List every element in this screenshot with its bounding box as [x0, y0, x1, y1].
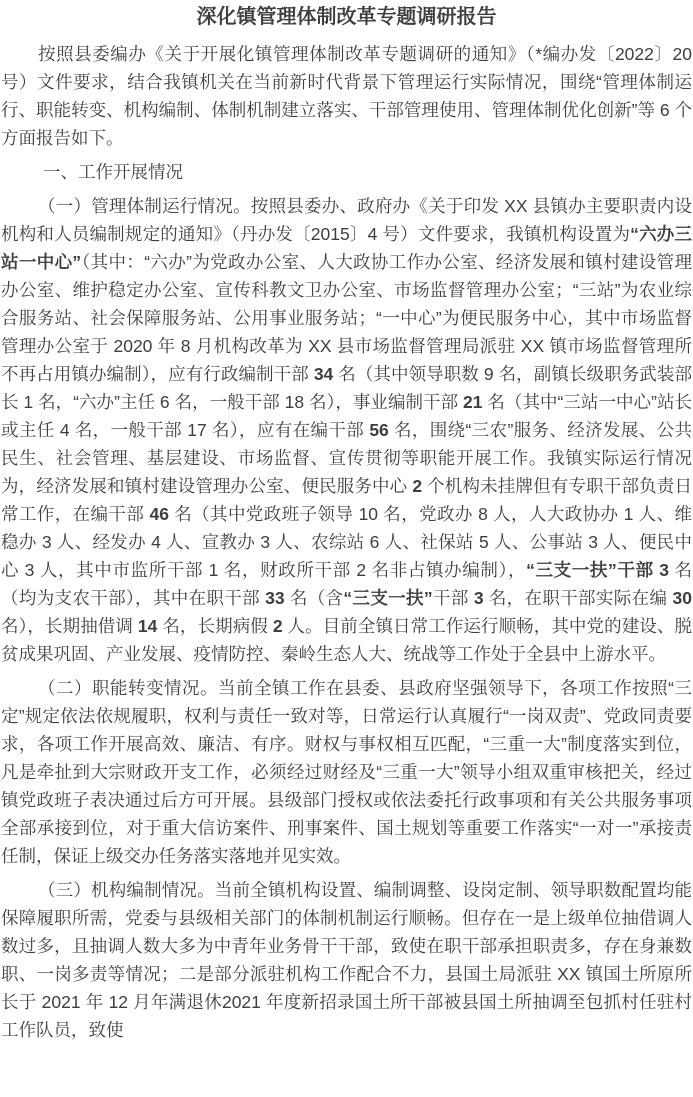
text-run-bold: 14	[138, 616, 157, 636]
text-run-bold: 46	[150, 504, 169, 524]
text-run-bold: 33	[265, 588, 284, 608]
text-run: 按照县委编办《关于开展化镇管理体制改革专题调研的通知》（*编办发〔2022〕20…	[1, 44, 692, 148]
text-run: （二）职能转变情况。当前全镇工作在县委、县政府坚强领导下，各项工作按照“三定”规…	[1, 678, 692, 866]
text-run: （三）机构编制情况。当前全镇机构设置、编制调整、设岗定制、领导职数配置均能保障履…	[1, 880, 692, 1040]
text-run-bold: “三支一扶”	[343, 588, 432, 608]
document-body: 按照县委编办《关于开展化镇管理体制改革专题调研的通知》（*编办发〔2022〕20…	[1, 40, 692, 1044]
section-heading: 一、工作开展情况	[1, 158, 692, 186]
body-paragraph: （一）管理体制运行情况。按照县委办、政府办《关于印发 XX 县镇办主要职责内设机…	[1, 192, 692, 668]
text-run: （一）管理体制运行情况。按照县委办、政府办《关于印发 XX 县镇办主要职责内设机…	[1, 196, 692, 244]
document-title: 深化镇管理体制改革专题调研报告	[1, 2, 692, 32]
text-run-bold: 21	[463, 392, 482, 412]
text-run-bold: 30	[673, 588, 692, 608]
text-run: 名），长期抽借调	[1, 616, 138, 636]
body-paragraph: （三）机构编制情况。当前全镇机构设置、编制调整、设岗定制、领导职数配置均能保障履…	[1, 876, 692, 1044]
text-run-bold: 3	[474, 588, 484, 608]
text-run: 一、工作开展情况	[43, 162, 183, 182]
body-paragraph: 按照县委编办《关于开展化镇管理体制改革专题调研的通知》（*编办发〔2022〕20…	[1, 40, 692, 152]
text-run: 名，长期病假	[157, 616, 272, 636]
text-run-bold: 2	[273, 616, 283, 636]
text-run-bold: 56	[369, 420, 388, 440]
text-run-bold: 34	[314, 364, 333, 384]
text-run-bold: “三支一扶”干部 3	[526, 560, 669, 580]
body-paragraph: （二）职能转变情况。当前全镇工作在县委、县政府坚强领导下，各项工作按照“三定”规…	[1, 674, 692, 870]
text-run: 名（含	[285, 588, 344, 608]
text-run: 名，在职干部实际在编	[484, 588, 673, 608]
document-page: 深化镇管理体制改革专题调研报告 按照县委编办《关于开展化镇管理体制改革专题调研的…	[0, 0, 693, 1097]
text-run: 干部	[433, 588, 474, 608]
text-run-bold: 2	[412, 476, 422, 496]
